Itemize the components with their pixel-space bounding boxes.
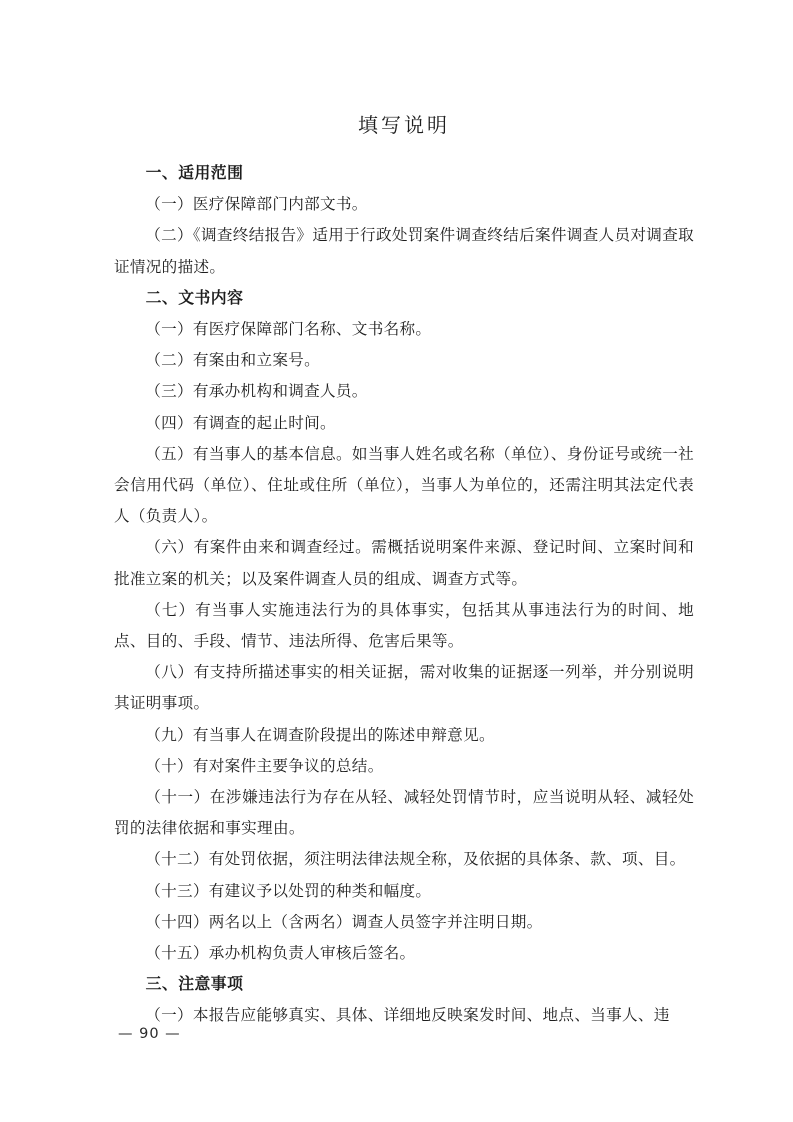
paragraph: （七）有当事人实施违法行为的具体事实，包括其从事违法行为的时间、地点、目的、手段… — [114, 595, 694, 657]
paragraph: （一）有医疗保障部门名称、文书名称。 — [114, 314, 694, 345]
paragraph: （二）《调查终结报告》适用于行政处罚案件调查终结后案件调查人员对调查取证情况的描… — [114, 220, 694, 282]
document-page: 填写说明 一、适用范围 （一）医疗保障部门内部文书。 （二）《调查终结报告》适用… — [0, 0, 793, 1122]
page-number: — 90 — — [118, 1026, 181, 1042]
paragraph: （十二）有处罚依据，须注明法律法规全称，及依据的具体条、款、项、目。 — [114, 844, 694, 875]
paragraph: （一）本报告应能够真实、具体、详细地反映案发时间、地点、当事人、违 — [114, 1000, 694, 1031]
paragraph: （一）医疗保障部门内部文书。 — [114, 189, 694, 220]
document-content: 填写说明 一、适用范围 （一）医疗保障部门内部文书。 （二）《调查终结报告》适用… — [114, 110, 694, 1032]
paragraph: （二）有案由和立案号。 — [114, 345, 694, 376]
paragraph: （十一）在涉嫌违法行为存在从轻、减轻处罚情节时，应当说明从轻、减轻处罚的法律依据… — [114, 782, 694, 844]
page-title: 填写说明 — [114, 110, 694, 142]
section-heading-notes: 三、注意事项 — [114, 969, 694, 1000]
section-heading-contents: 二、文书内容 — [114, 283, 694, 314]
paragraph: （三）有承办机构和调查人员。 — [114, 376, 694, 407]
section-contents: 二、文书内容 （一）有医疗保障部门名称、文书名称。 （二）有案由和立案号。 （三… — [114, 283, 694, 969]
section-heading-scope: 一、适用范围 — [114, 158, 694, 189]
paragraph: （九）有当事人在调查阶段提出的陈述申辩意见。 — [114, 720, 694, 751]
paragraph: （十四）两名以上（含两名）调查人员签字并注明日期。 — [114, 907, 694, 938]
paragraph: （五）有当事人的基本信息。如当事人姓名或名称（单位）、身份证号或统一社会信用代码… — [114, 439, 694, 533]
paragraph: （十三）有建议予以处罚的种类和幅度。 — [114, 876, 694, 907]
paragraph: （十）有对案件主要争议的总结。 — [114, 751, 694, 782]
paragraph: （六）有案件由来和调查经过。需概括说明案件来源、登记时间、立案时间和批准立案的机… — [114, 532, 694, 594]
section-scope: 一、适用范围 （一）医疗保障部门内部文书。 （二）《调查终结报告》适用于行政处罚… — [114, 158, 694, 283]
paragraph: （十五）承办机构负责人审核后签名。 — [114, 938, 694, 969]
paragraph: （八）有支持所描述事实的相关证据，需对收集的证据逐一列举，并分别说明其证明事项。 — [114, 657, 694, 719]
paragraph: （四）有调查的起止时间。 — [114, 408, 694, 439]
section-notes: 三、注意事项 （一）本报告应能够真实、具体、详细地反映案发时间、地点、当事人、违 — [114, 969, 694, 1031]
